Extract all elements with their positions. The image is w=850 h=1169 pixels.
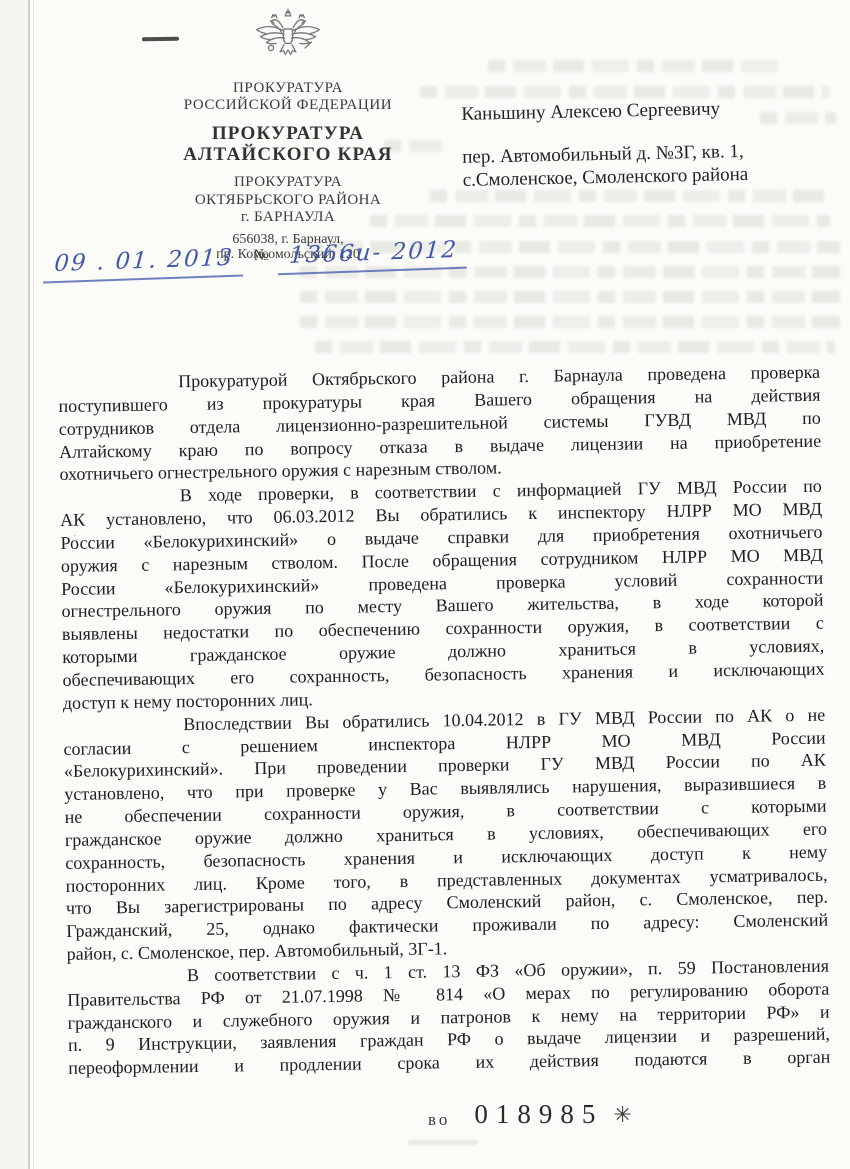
pen-dash-mark: [142, 37, 179, 42]
bleed-through-line: [488, 60, 778, 72]
handwritten-number: 1366и- 2012: [278, 237, 469, 276]
paragraph: В соответствии с ч. 1 ст. 13 ФЗ «Об оруж…: [67, 955, 831, 1081]
paper-edge-line-faint: [33, 0, 34, 1169]
paper-edge-strip: [0, 0, 28, 1169]
letterhead-parent-line1: ПРОКУРАТУРА: [118, 80, 458, 97]
recipient-name: Каньшину Алексею Сергеевичу: [461, 96, 831, 126]
paragraph: Прокуратурой Октябрьского района г. Барн…: [58, 361, 822, 487]
letterhead-org-line2: АЛТАЙСКОГО КРАЯ: [118, 144, 458, 165]
bleed-through-line: [315, 341, 835, 353]
form-number-stamp: во018985✳: [428, 1099, 632, 1130]
bleed-through-line: [420, 86, 830, 98]
letterhead: ПРОКУРАТУРА РОССИЙСКОЙ ФЕДЕРАЦИИ ПРОКУРА…: [118, 80, 458, 263]
stamp-series: во: [428, 1110, 450, 1129]
paragraph: Впоследствии Вы обратились 10.04.2012 в …: [63, 703, 829, 966]
coat-of-arms-eagle-icon: [248, 8, 328, 80]
number-sign: №: [253, 247, 269, 266]
scanned-letter-page: ·‚: [0, 0, 850, 1169]
scan-smudge: [408, 1140, 478, 1145]
bleed-through-line: [300, 316, 840, 328]
bleed-through-line: [430, 190, 830, 202]
letterhead-sub-line2: ОКТЯБРЬСКОГО РАЙОНА: [118, 192, 458, 210]
letterhead-org-line1: ПРОКУРАТУРА: [118, 123, 458, 144]
recipient-block: Каньшину Алексею Сергеевичу пер. Автомоб…: [461, 96, 833, 192]
bleed-through-line: [300, 291, 840, 303]
letterhead-sub-line3: г. БАРНАУЛА: [118, 209, 458, 227]
letterhead-parent-line2: РОССИЙСКОЙ ФЕДЕРАЦИИ: [118, 97, 458, 114]
handwritten-date: 09 . 01. 2013: [43, 244, 245, 283]
letterhead-sub-line1: ПРОКУРАТУРА: [118, 174, 458, 192]
paper-edge-line: [28, 0, 30, 1169]
letter-body: Прокуратурой Октябрьского района г. Барн…: [58, 361, 830, 1080]
paragraph: В ходе проверки, в соответствии с информ…: [60, 475, 825, 715]
stamp-number: 018985: [474, 1099, 603, 1129]
asterisk-stamp-icon: ✳: [613, 1102, 631, 1127]
